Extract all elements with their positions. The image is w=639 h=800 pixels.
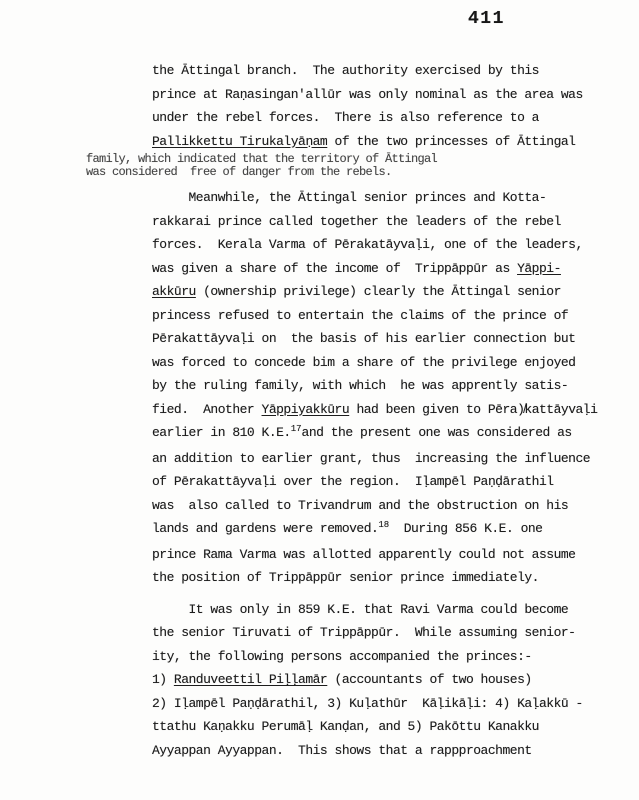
text-segment: was forced to concede bim a share of the… <box>152 355 575 370</box>
text-segment: It was only in 859 K.E. that Ravi Varma … <box>152 602 568 617</box>
underlined-term: Yāppi- <box>517 261 561 276</box>
text-segment: of the two princesses of Āttingal <box>327 134 575 149</box>
text-line: by the ruling family, with which he was … <box>152 374 612 398</box>
text-line: forces. Kerala Varma of Pērakatāyvaḷi, o… <box>152 233 612 257</box>
text-segment: the Āttingal branch. The authority exerc… <box>152 63 539 78</box>
footnote-reference: 18 <box>378 520 389 530</box>
text-line: an addition to earlier grant, thus incre… <box>152 447 612 471</box>
text-segment: (accountants of two houses) <box>327 672 531 687</box>
text-line: the position of Trippāppūr senior prince… <box>152 566 612 590</box>
text-line: the Āttingal branch. The authority exerc… <box>152 59 612 83</box>
scanned-document-page: 411 the Āttingal branch. The authority e… <box>0 0 639 800</box>
text-segment: under the rebel forces. There is also re… <box>152 110 539 125</box>
text-line: Pallikkettu Tirukalyāṇam of the two prin… <box>152 130 612 154</box>
footnote-reference: 17 <box>291 424 302 434</box>
text-line: 2) Iḷampēl Paṇḍārathil, 3) Kuḷathūr Kāḷi… <box>152 692 612 716</box>
text-line: earlier in 810 K.E.17and the present one… <box>152 421 612 447</box>
underlined-term: Randuveettil Piḷḷamār <box>174 672 327 687</box>
text-segment: 1) <box>152 672 174 687</box>
text-segment: Meanwhile, the Āttingal senior princes a… <box>152 190 546 205</box>
underlined-term: Pallikkettu Tirukalyāṇam <box>152 134 327 149</box>
text-line: Pērakattāyvaḷi on the basis of his earli… <box>152 327 612 351</box>
text-segment: Ayyappan Ayyappan. This shows that a rap… <box>152 743 532 758</box>
text-line: ity, the following persons accompanied t… <box>152 645 612 669</box>
text-segment: had been given to Pēra)̸kattāyvaḷi <box>349 402 597 417</box>
text-segment: During 856 K.E. one <box>389 521 542 536</box>
underlined-term: akkūru <box>152 284 196 299</box>
text-segment: forces. Kerala Varma of Pērakatāyvaḷi, o… <box>152 237 583 252</box>
text-line: was given a share of the income of Tripp… <box>152 257 612 281</box>
text-line: fied. Another Yāppiyakkūru had been give… <box>152 398 612 422</box>
text-segment: prince Rama Varma was allotted apparentl… <box>152 547 575 562</box>
text-segment: the position of Trippāppūr senior prince… <box>152 570 539 585</box>
text-segment: was considered free of danger from the r… <box>86 165 392 179</box>
text-line: prince Rama Varma was allotted apparentl… <box>152 543 612 567</box>
underlined-term: Yāppiyakkūru <box>262 402 350 417</box>
text-segment: and the present one was considered as <box>302 425 572 440</box>
text-segment: was given a share of the income of Tripp… <box>152 261 517 276</box>
text-line: under the rebel forces. There is also re… <box>152 106 612 130</box>
text-segment: lands and gardens were removed. <box>152 521 378 536</box>
text-line: 1) Randuveettil Piḷḷamār (accountants of… <box>152 668 612 692</box>
text-line: It was only in 859 K.E. that Ravi Varma … <box>152 598 612 622</box>
text-line: was considered free of danger from the r… <box>86 166 612 179</box>
text-line: Ayyappan Ayyappan. This shows that a rap… <box>152 739 612 763</box>
text-segment: Pērakattāyvaḷi on the basis of his earli… <box>152 331 575 346</box>
text-segment: ity, the following persons accompanied t… <box>152 649 532 664</box>
text-segment: fied. Another <box>152 402 262 417</box>
text-line: the senior Tiruvati of Trippāppūr. While… <box>152 621 612 645</box>
text-segment: an addition to earlier grant, thus incre… <box>152 451 590 466</box>
text-segment: ttathu Kaṇakku Perumāḷ Kanḍan, and 5) Pa… <box>152 719 539 734</box>
text-line: ttathu Kaṇakku Perumāḷ Kanḍan, and 5) Pa… <box>152 715 612 739</box>
text-segment: was also called to Trivandrum and the ob… <box>152 498 568 513</box>
text-line: was forced to concede bim a share of the… <box>152 351 612 375</box>
text-line: princess refused to entertain the claims… <box>152 304 612 328</box>
text-line: prince at Raṇasingan'allūr was only nomi… <box>152 83 612 107</box>
text-line: akkūru (ownership privilege) clearly the… <box>152 280 612 304</box>
text-segment: the senior Tiruvati of Trippāppūr. While… <box>152 625 575 640</box>
text-line: rakkarai prince called together the lead… <box>152 210 612 234</box>
page-number: 411 <box>468 9 505 29</box>
text-line: was also called to Trivandrum and the ob… <box>152 494 612 518</box>
text-line: Meanwhile, the Āttingal senior princes a… <box>152 186 612 210</box>
page-body: the Āttingal branch. The authority exerc… <box>152 59 612 762</box>
text-segment: by the ruling family, with which he was … <box>152 378 568 393</box>
text-line: lands and gardens were removed.18 During… <box>152 517 612 543</box>
text-segment: princess refused to entertain the claims… <box>152 308 568 323</box>
text-segment: 2) Iḷampēl Paṇḍārathil, 3) Kuḷathūr Kāḷi… <box>152 696 583 711</box>
text-segment: of Pērakattāyvaḷi over the region. Iḷamp… <box>152 474 554 489</box>
text-segment: rakkarai prince called together the lead… <box>152 214 561 229</box>
text-segment: earlier in 810 K.E. <box>152 425 291 440</box>
text-segment: prince at Raṇasingan'allūr was only nomi… <box>152 87 583 102</box>
text-segment: (ownership privilege) clearly the Ātting… <box>196 284 561 299</box>
text-line: of Pērakattāyvaḷi over the region. Iḷamp… <box>152 470 612 494</box>
